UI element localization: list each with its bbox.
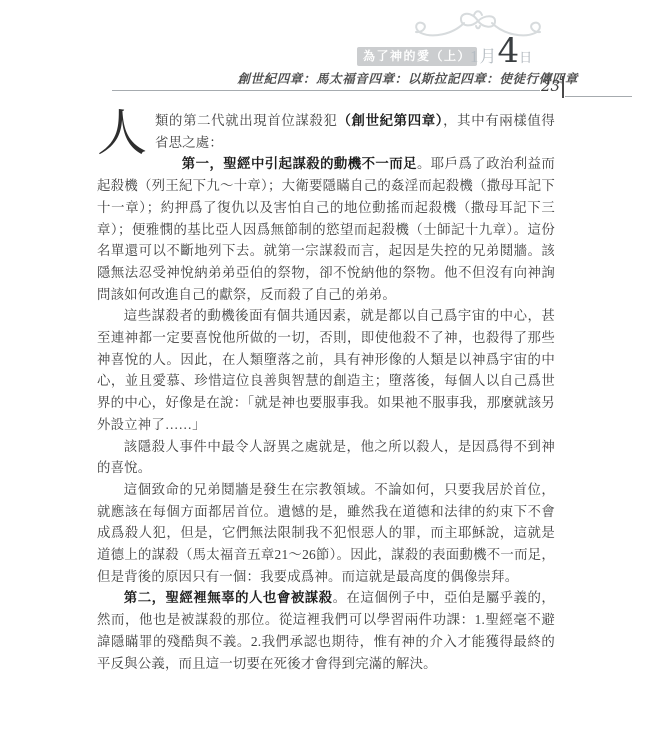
body-text: 人類的第二代就出現首位謀殺犯（創世紀第四章），其中有兩樣值得省思之處： 第一，聖… [97, 110, 555, 674]
date-day: 4 [498, 31, 520, 71]
page-number: 23 [541, 77, 560, 95]
paragraph-5: 這個致命的兄弟鬩牆是發生在宗教領域。不論如何，只要我居於首位，就應該在每個方面都… [97, 479, 555, 588]
paragraph-3: 這些謀殺者的動機後面有個共通因素，就是都以自己爲宇宙的中心，甚至連神都一定要喜悅… [97, 305, 555, 435]
paragraph-3-text: 這些謀殺者的動機後面有個共通因素，就是都以自己爲宇宙的中心，甚至連神都一定要喜悅… [97, 308, 555, 432]
paragraph-4-text: 該隱殺人事件中最令人訝異之處就是，他之所以殺人，是因爲得不到神的喜悅。 [97, 439, 555, 476]
header-rule-right [565, 96, 632, 97]
paragraph-6-bold: 第二，聖經裡無辜的人也會被謀殺 [124, 590, 333, 605]
paragraph-6: 第二，聖經裡無辜的人也會被謀殺。在這個例子中，亞伯是屬乎義的，然而，他也是被謀殺… [97, 587, 555, 674]
header-rule [112, 90, 540, 91]
paragraph-1-bold: （創世紀第四章） [338, 113, 444, 128]
paragraph-1: 人類的第二代就出現首位謀殺犯（創世紀第四章），其中有兩樣值得省思之處： [97, 110, 555, 153]
paragraph-2: 第一，聖經中引起謀殺的動機不一而足。耶戶爲了政治利益而起殺機（列王紀下九～十章）… [97, 153, 555, 305]
book-title-badge: 為了神的愛（上） [357, 47, 477, 66]
date-month: 1月 [470, 47, 498, 66]
dropcap: 人 [97, 110, 155, 154]
paragraph-4: 該隱殺人事件中最令人訝異之處就是，他之所以殺人，是因爲得不到神的喜悅。 [97, 436, 555, 479]
book-page: 為了神的愛（上） 1月4日 創世紀四章：馬太福音四章：以斯拉記四章：使徒行傳四章… [0, 0, 650, 750]
page-number-divider [562, 76, 564, 98]
date-suffix: 日 [519, 50, 532, 65]
reading-plan: 創世紀四章：馬太福音四章：以斯拉記四章：使徒行傳四章 [237, 69, 578, 87]
paragraph-1-text: 類的第二代就出現首位謀殺犯 [155, 113, 338, 128]
paragraph-5-text: 這個致命的兄弟鬩牆是發生在宗教領域。不論如何，只要我居於首位，就應該在每個方面都… [97, 482, 555, 584]
paragraph-2-bold: 第一，聖經中引起謀殺的動機不一而足 [182, 156, 417, 171]
paragraph-2-text: 。耶戶爲了政治利益而起殺機（列王紀下九～十章）；大衛要隱瞞自己的姦淫而起殺機（撒… [97, 156, 555, 301]
